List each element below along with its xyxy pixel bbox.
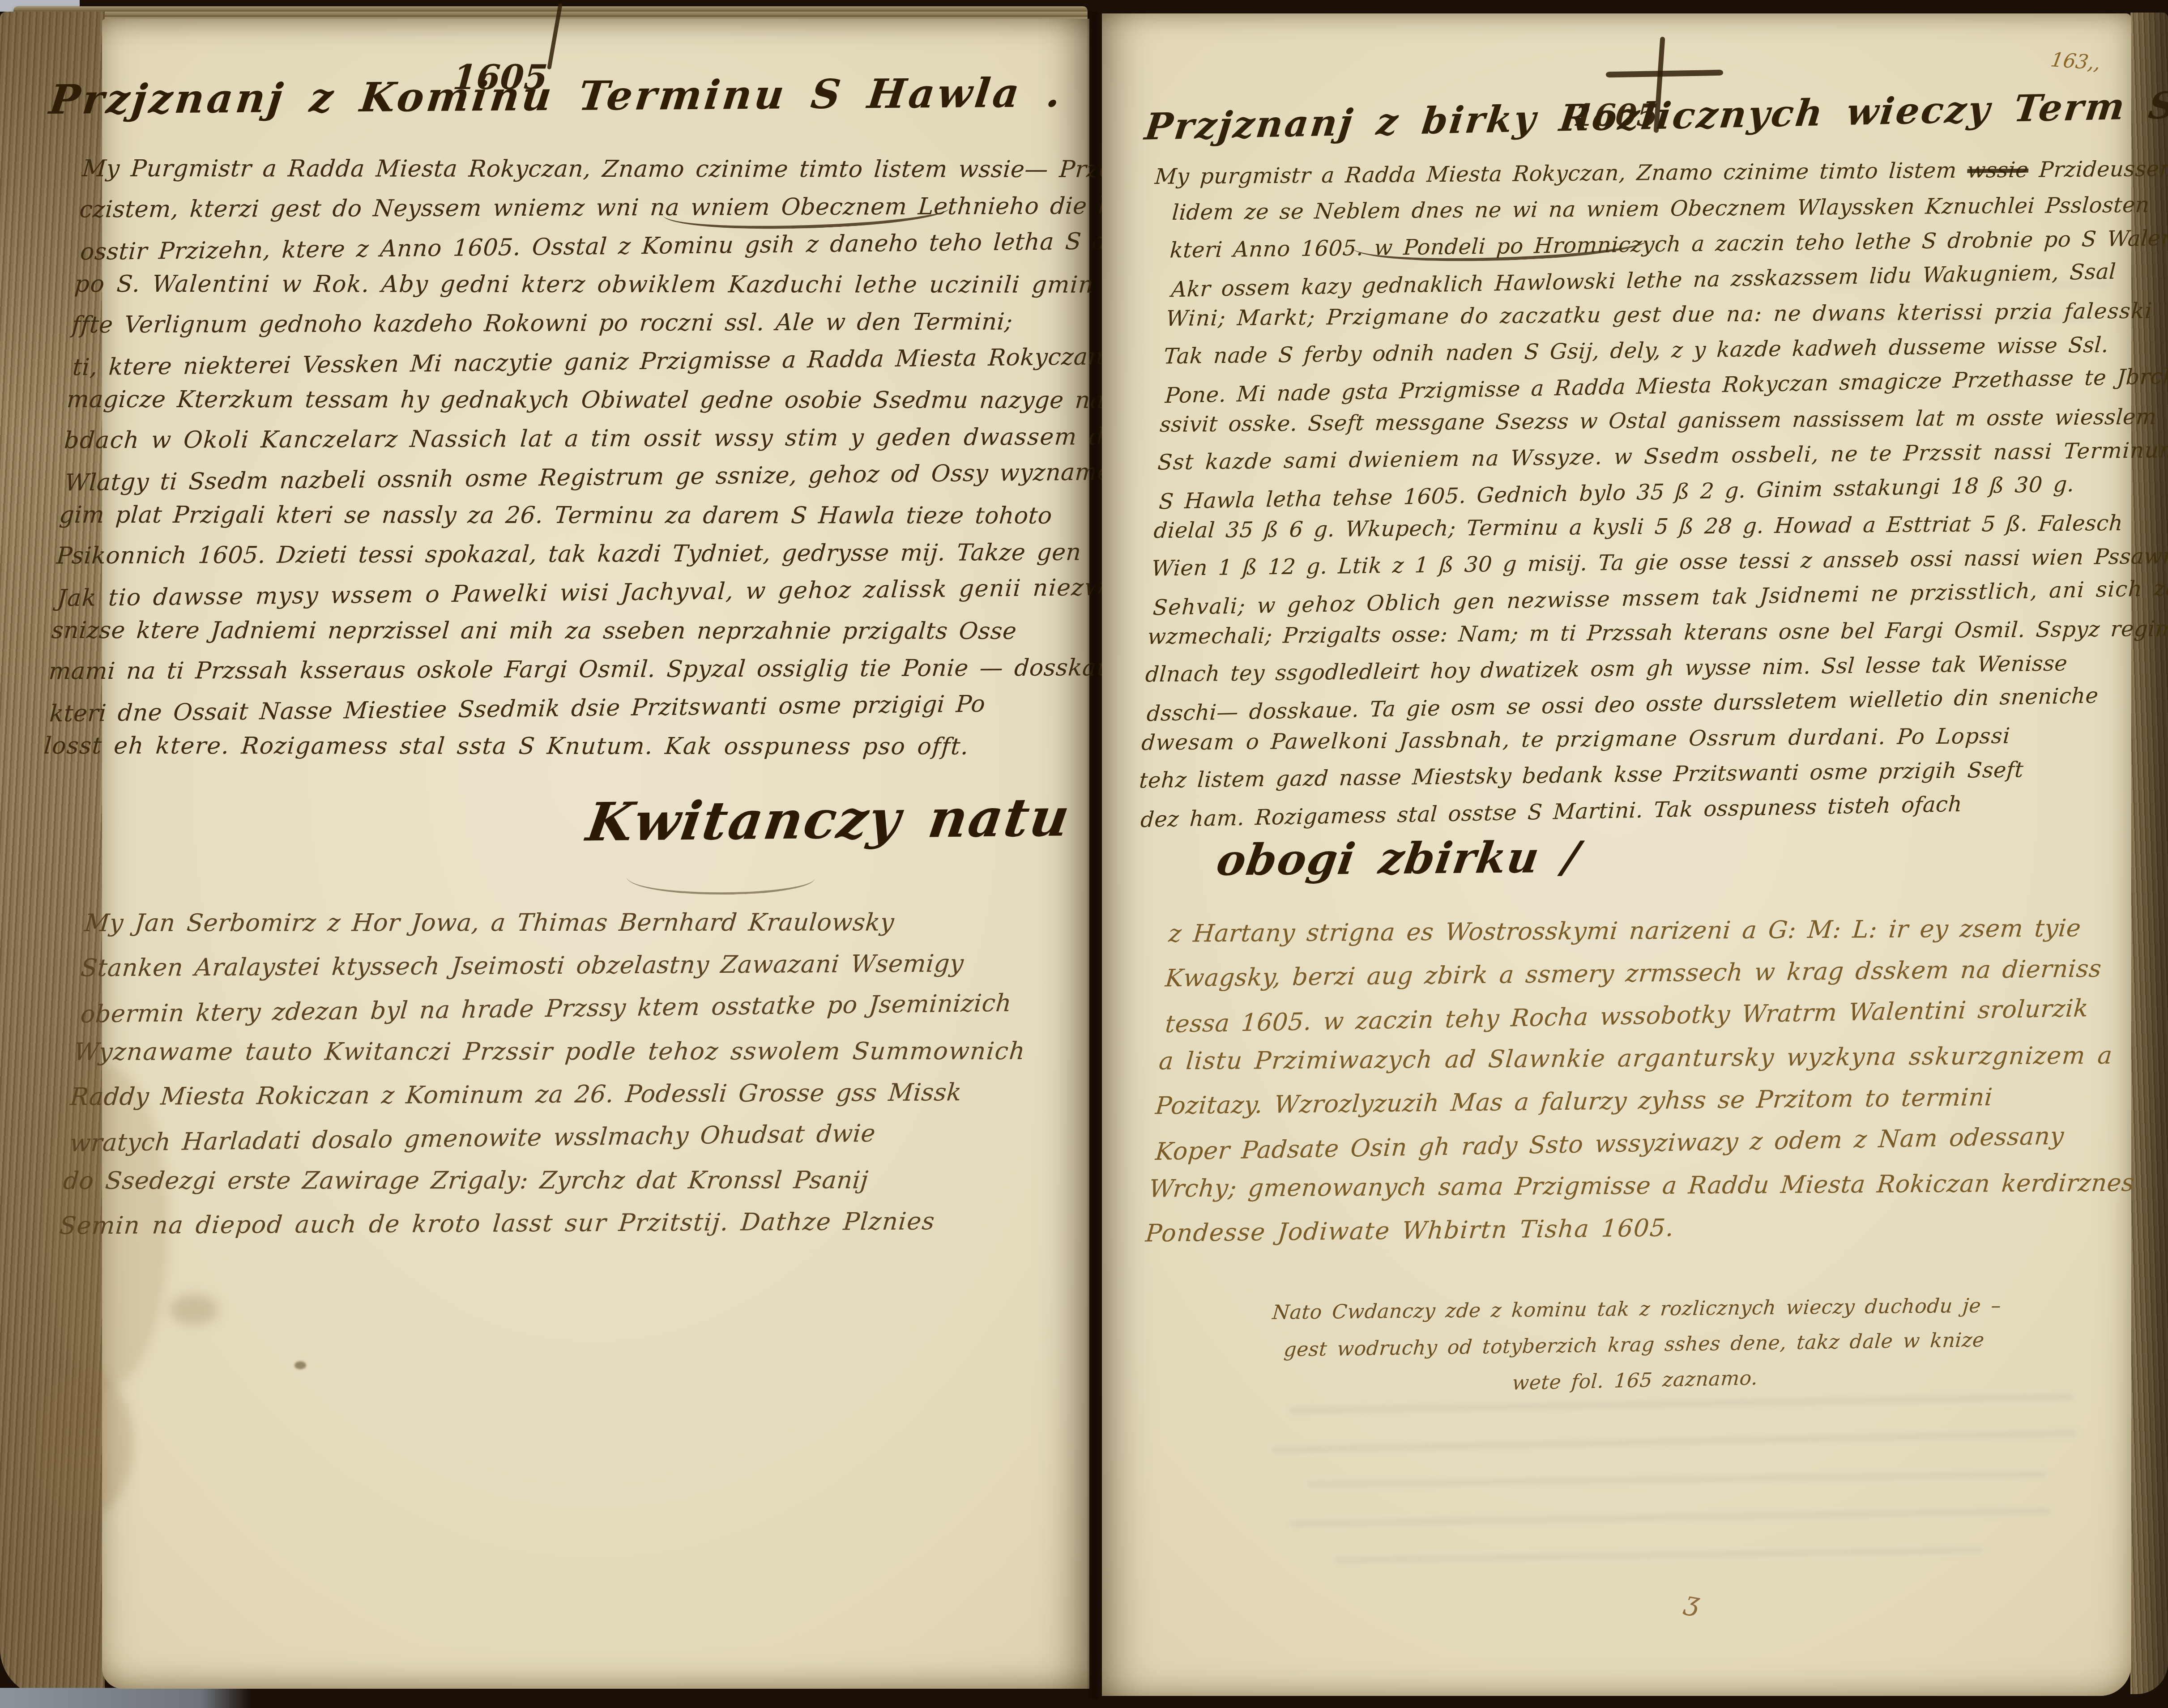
- manuscript-scan: 1605 Przjznanj z Kominu Terminu S Hawla …: [0, 0, 2168, 1708]
- text-line: ti, ktere niekterei Vessken Mi naczytie …: [71, 342, 1222, 392]
- text-line: do Ssedezgi erste Zawirage Zrigaly: Zyrc…: [61, 1166, 1016, 1210]
- text-line: Stanken Aralaystei ktyssech Jseimosti ob…: [78, 949, 1034, 997]
- text-line: osstir Przizehn, ktere z Anno 1605. Osst…: [79, 226, 1230, 277]
- left-kwitance-paragraph: My Jan Serbomirz z Hor Jowa, a Thimas Be…: [57, 906, 1037, 1254]
- right-note-paragraph: Nato Cwdanczy zde z kominu tak z rozlicz…: [1262, 1293, 2005, 1410]
- text-line: Jak tio dawsse mysy wssem o Pawelki wisi…: [56, 573, 1207, 623]
- right-zbirka-paragraph: z Hartany strigna es Wostrosskymi narize…: [1144, 912, 2155, 1262]
- text-line: snizse ktere Jadniemi neprzissel ani mih…: [50, 617, 1200, 656]
- text-line: a listu Przimiwazych ad Slawnkie argantu…: [1157, 1041, 2145, 1089]
- text-line: My Jan Serbomirz z Hor Jowa, a Thimas Be…: [82, 908, 1037, 952]
- right-body-paragraph-cont: lidem ze se Neblem dnes ne wi na wniem O…: [1136, 189, 2168, 839]
- text-line: Wlatgy ti Ssedm nazbeli ossnih osme Regi…: [64, 457, 1215, 508]
- show-through-line: [1308, 1471, 2046, 1487]
- text-line: Raddy Miesta Rokiczan z Kominum za 26. P…: [68, 1078, 1024, 1125]
- text-line: magicze Kterzkum tessam hy gednakych Obi…: [65, 386, 1216, 426]
- text-line: losst eh ktere. Rozigamess stal ssta S K…: [42, 733, 1193, 772]
- ink-speck: [294, 1361, 306, 1369]
- text-line: Wrchy; gmenowanych sama Przigmisse a Rad…: [1147, 1168, 2135, 1217]
- text-line: gim plat Przigali kteri se nassly za 26.…: [57, 502, 1208, 541]
- text-line: My Purgmistr a Radda Miesta Rokyczan, Zn…: [81, 155, 1231, 195]
- paper-stain: [30, 1370, 133, 1518]
- line1-post: Przideussem: [2027, 156, 2168, 183]
- scanner-background-corner-bottom: [0, 1688, 251, 1708]
- struck-word: wssie: [1967, 158, 2029, 183]
- text-line: z Hartany strigna es Wostrosskymi narize…: [1166, 913, 2155, 962]
- show-through-line: [1272, 1430, 2078, 1453]
- text-line: Semin na diepod auch de kroto lasst sur …: [57, 1206, 1013, 1254]
- left-section-heading-kwitanczy: Kwitanczy natu: [572, 786, 1075, 853]
- right-section-heading-zbirka: obogi zbirku /: [1213, 831, 1584, 885]
- paper-stain: [169, 1294, 218, 1325]
- text-line: obermin ktery zdezan byl na hrade Przssy…: [78, 988, 1034, 1043]
- show-through-line: [1335, 1548, 1984, 1563]
- folio-number: 163,,: [2049, 48, 2103, 75]
- text-line: Wyznawame tauto Kwitanczi Przssir podle …: [72, 1037, 1027, 1081]
- left-heading: Przjznanj z Kominu Terminu S Hawla .: [47, 69, 1066, 124]
- text-line: Nato Cwdanczy zde z kominu tak z rozlicz…: [1268, 1294, 2005, 1337]
- show-through-line: [1290, 1508, 2051, 1527]
- left-body-paragraph: My Purgmistr a Radda Miesta Rokyczan, Zn…: [42, 154, 1231, 774]
- text-line: po S. Walentini w Rok. Aby gedni kterz o…: [73, 271, 1224, 310]
- text-line: kteri dne Ossait Nasse Miestiee Ssedmik …: [48, 688, 1199, 739]
- text-line: wratych Harladati dosalo gmenowite wsslm…: [68, 1117, 1023, 1172]
